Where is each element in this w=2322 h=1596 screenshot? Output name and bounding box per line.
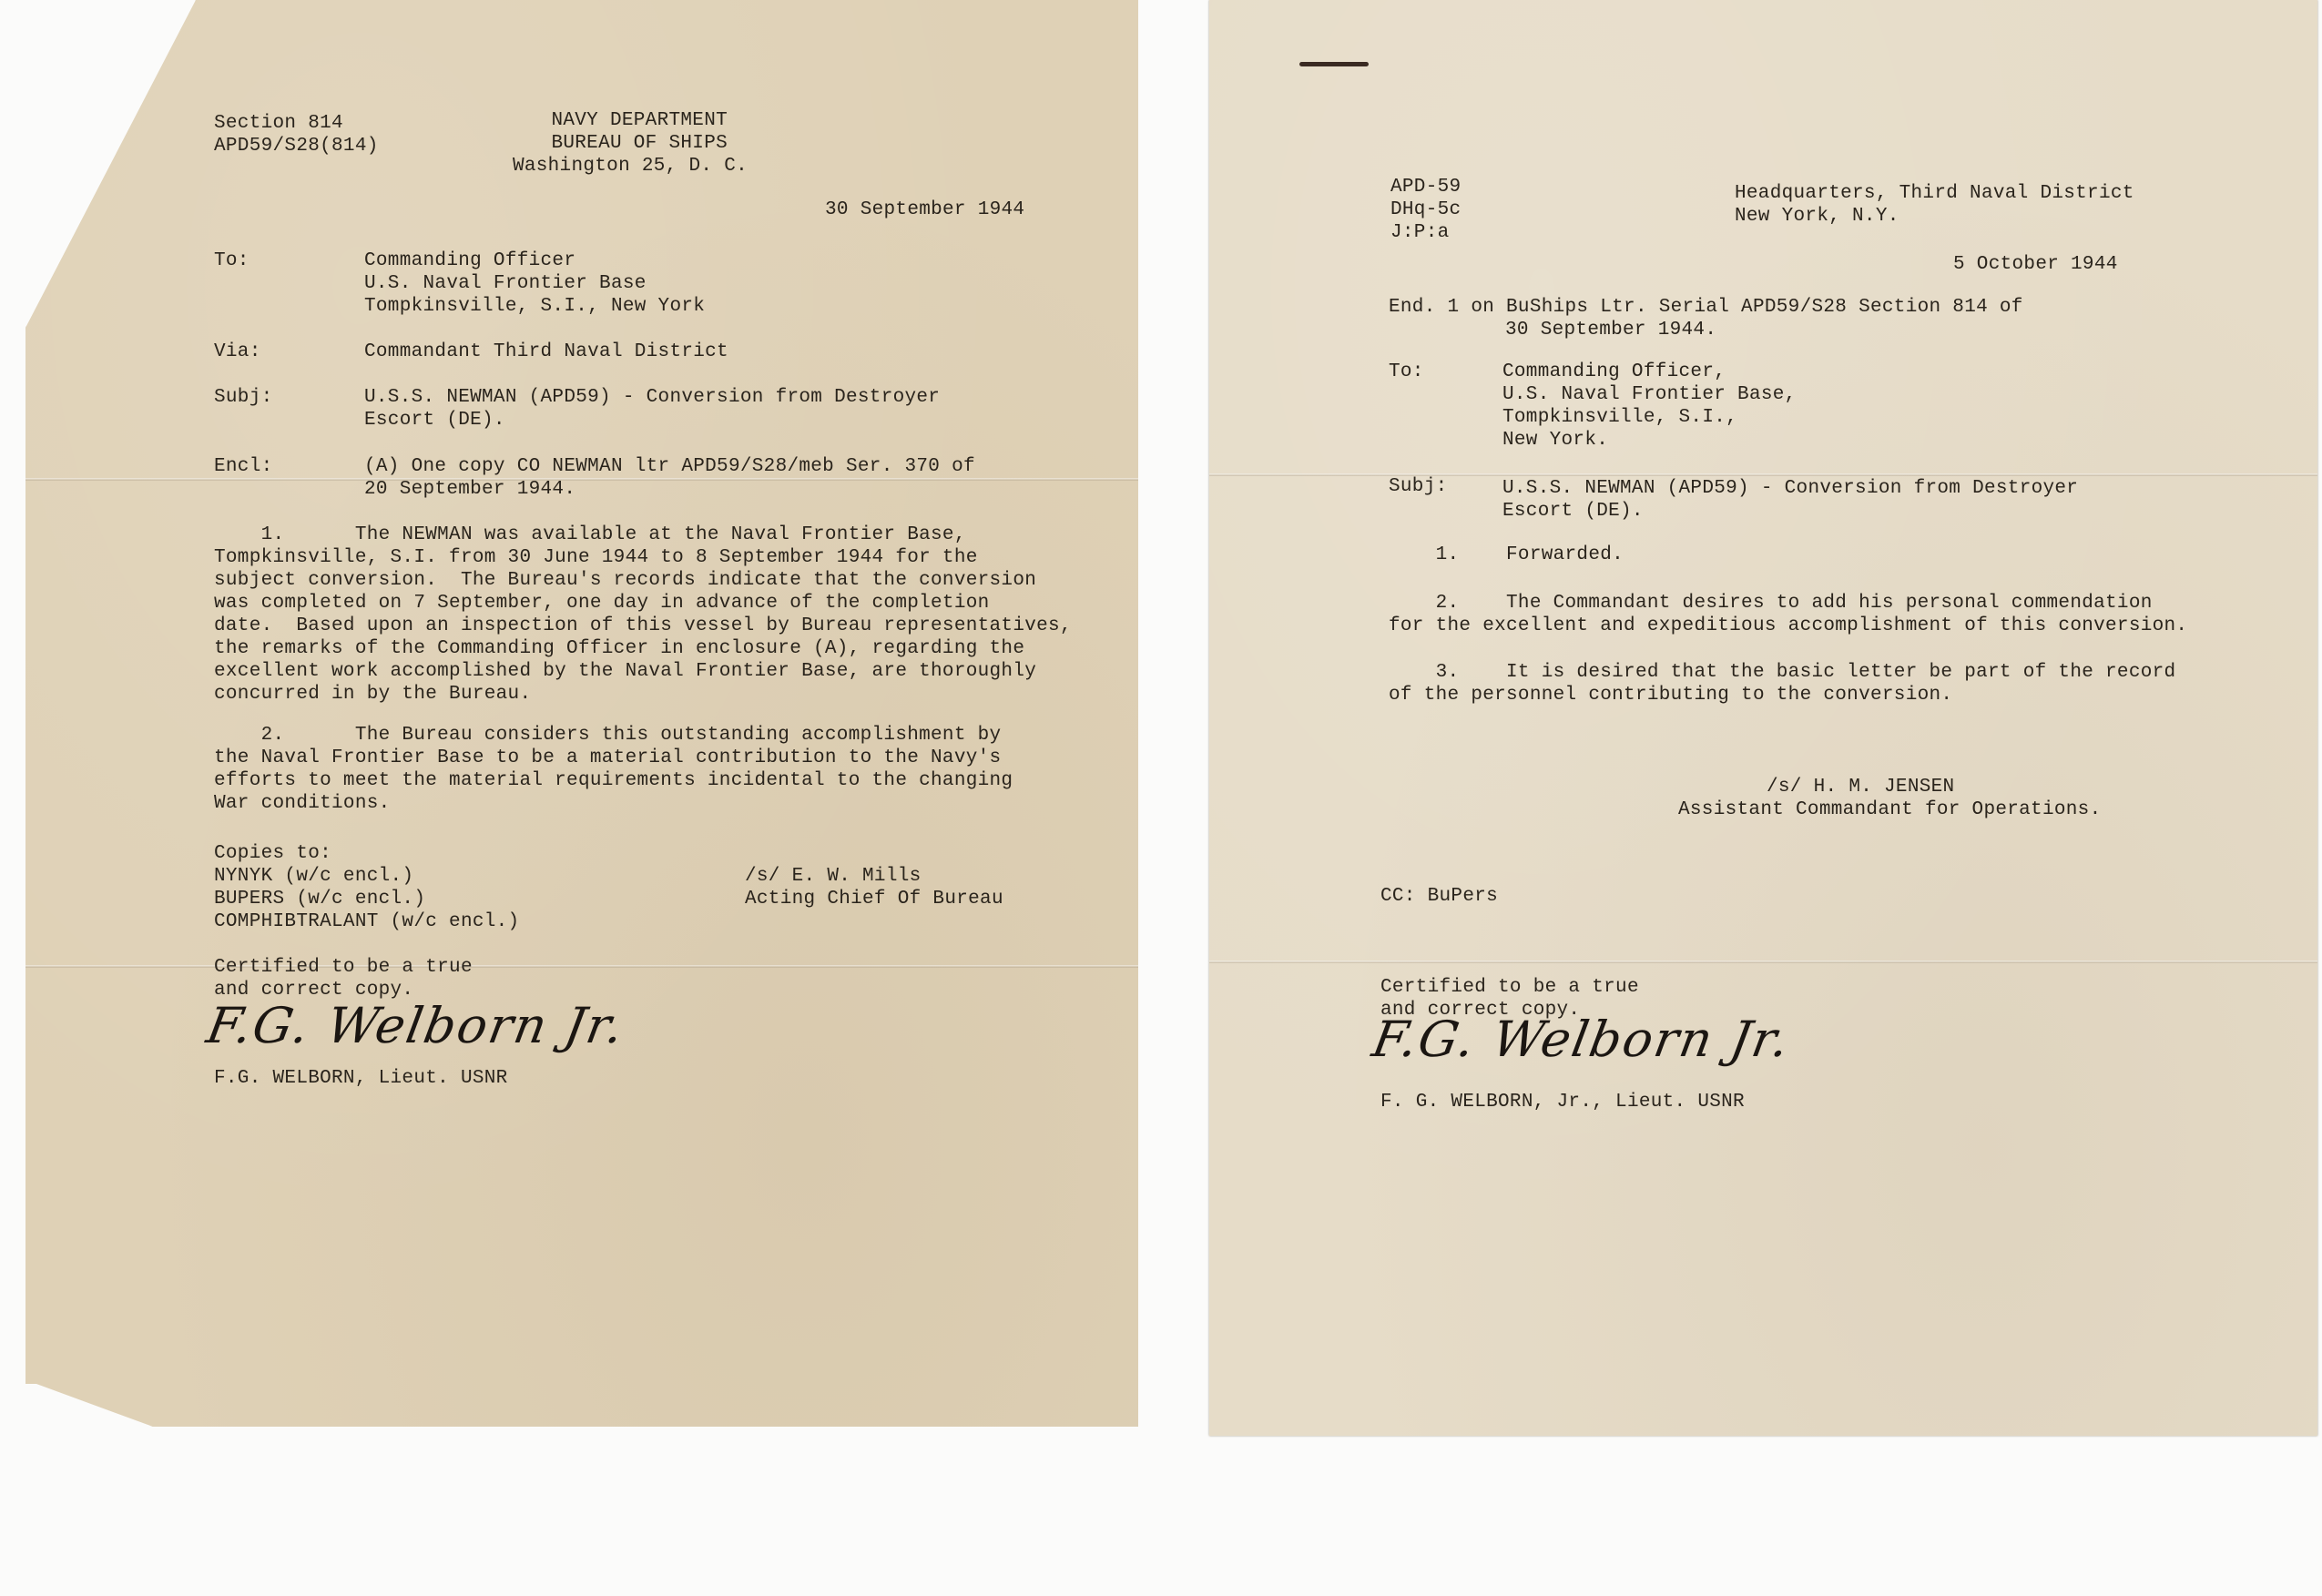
enclosure-line: 20 September 1944. (364, 478, 975, 501)
copies-line: COMPHIBTRALANT (w/c encl.) (214, 910, 519, 933)
via-label: Via: (214, 341, 261, 363)
paragraph-line: 1. The NEWMAN was available at the Naval… (214, 524, 1072, 546)
certification: Certified to be a true and correct copy. (214, 956, 473, 1001)
paragraph-line: of the personnel contributing to the con… (1389, 684, 2175, 707)
address-line: Tompkinsville, S.I., New York (364, 295, 705, 318)
via-value: Commandant Third Naval District (364, 341, 728, 363)
signer-title: Assistant Commandant for Operations. (1678, 798, 2101, 821)
signature-block: /s/ H. M. JENSEN Assistant Commandant fo… (1678, 776, 2101, 821)
letterhead-line: BUREAU OF SHIPS (485, 132, 759, 155)
letterhead: NAVY DEPARTMENT BUREAU OF SHIPS Washingt… (485, 109, 759, 178)
reference-line: APD59/S28(814) (214, 135, 379, 158)
subject-line: U.S.S. NEWMAN (APD59) - Conversion from … (364, 386, 940, 409)
reference-block: Section 814 APD59/S28(814) (214, 112, 379, 158)
subject: U.S.S. NEWMAN (APD59) - Conversion from … (364, 386, 940, 432)
reference-line: J:P:a (1390, 221, 1461, 244)
subject: U.S.S. NEWMAN (APD59) - Conversion from … (1502, 477, 2078, 523)
paragraph-3: 3. It is desired that the basic letter b… (1389, 661, 2175, 707)
address-line: U.S. Naval Frontier Base (364, 272, 705, 295)
address-line: Tompkinsville, S.I., (1502, 406, 1797, 429)
paragraph-1: 1. Forwarded. (1389, 544, 1624, 566)
paragraph-line: 1. Forwarded. (1389, 544, 1624, 566)
letterhead-line: Headquarters, Third Naval District (1735, 182, 2134, 205)
to-label: To: (1389, 361, 1424, 383)
certifier-name: F.G. WELBORN, Lieut. USNR (214, 1067, 508, 1090)
to-address: Commanding Officer U.S. Naval Frontier B… (364, 249, 705, 318)
paragraph-line: 3. It is desired that the basic letter b… (1389, 661, 2175, 684)
reference-line: DHq-5c (1390, 198, 1461, 221)
subject-line: Escort (DE). (364, 409, 940, 432)
letterhead: Headquarters, Third Naval District New Y… (1735, 182, 2134, 228)
to-label: To: (214, 249, 250, 272)
paragraph-line: date. Based upon an inspection of this v… (214, 615, 1072, 637)
copies-heading: Copies to: (214, 842, 519, 865)
paragraph-line: 2. The Bureau considers this outstanding… (214, 724, 1013, 747)
reference-line: Section 814 (214, 112, 379, 135)
fold-line (25, 965, 1138, 968)
signer-name: /s/ E. W. Mills (745, 865, 1003, 888)
paragraph-line: the remarks of the Commanding Officer in… (214, 637, 1072, 660)
copies-line: BUPERS (w/c encl.) (214, 888, 519, 910)
letterhead-line: NAVY DEPARTMENT (485, 109, 759, 132)
paragraph-line: excellent work accomplished by the Naval… (214, 660, 1072, 683)
address-line: U.S. Naval Frontier Base, (1502, 383, 1797, 406)
fold-line (1209, 961, 2317, 963)
signer-title: Acting Chief Of Bureau (745, 888, 1003, 910)
paragraph-line: the Naval Frontier Base to be a material… (214, 747, 1013, 769)
reference-line: APD-59 (1390, 176, 1461, 198)
enclosure-label: Encl: (214, 455, 273, 478)
subject-line: U.S.S. NEWMAN (APD59) - Conversion from … (1502, 477, 2078, 500)
paragraph-line: efforts to meet the material requirement… (214, 769, 1013, 792)
paragraph-line: subject conversion. The Bureau's records… (214, 569, 1072, 592)
copies-to: Copies to: NYNYK (w/c encl.) BUPERS (w/c… (214, 842, 519, 933)
address-line: New York. (1502, 429, 1797, 452)
enclosure-line: (A) One copy CO NEWMAN ltr APD59/S28/meb… (364, 455, 975, 478)
paragraph-line: Tompkinsville, S.I. from 30 June 1944 to… (214, 546, 1072, 569)
to-address: Commanding Officer, U.S. Naval Frontier … (1502, 361, 1797, 452)
paragraph-line: for the excellent and expeditious accomp… (1389, 615, 2187, 637)
subject-label: Subj: (214, 386, 273, 409)
subject-label: Subj: (1389, 475, 1448, 498)
letter-date: 5 October 1944 (1953, 253, 2118, 276)
paragraph-1: 1. The NEWMAN was available at the Naval… (214, 524, 1072, 706)
signer-name: /s/ H. M. JENSEN (1678, 776, 2101, 798)
handwritten-signature: F.G. Welborn Jr. (202, 997, 629, 1054)
subject-line: Escort (DE). (1502, 500, 2078, 523)
paragraph-line: 2. The Commandant desires to add his per… (1389, 592, 2187, 615)
paragraph-line: War conditions. (214, 792, 1013, 815)
letterhead-line: Washington 25, D. C. (485, 155, 759, 178)
reference-block: APD-59 DHq-5c J:P:a (1390, 176, 1461, 244)
paragraph-2: 2. The Bureau considers this outstanding… (214, 724, 1013, 815)
address-line: Commanding Officer (364, 249, 705, 272)
endorsement-text: End. 1 on BuShips Ltr. Serial APD59/S28 … (1389, 296, 2023, 319)
certifier-name: F. G. WELBORN, Jr., Lieut. USNR (1380, 1091, 1745, 1113)
paragraph-line: was completed on 7 September, one day in… (214, 592, 1072, 615)
handwritten-signature: F.G. Welborn Jr. (1368, 1011, 1795, 1068)
letter-page-bureau-of-ships: Section 814 APD59/S28(814) NAVY DEPARTME… (25, 0, 1138, 1427)
certification-line: Certified to be a true (1380, 976, 1639, 999)
fold-line (1209, 473, 2317, 476)
paragraph-2: 2. The Commandant desires to add his per… (1389, 592, 2187, 637)
staple-icon (1299, 62, 1369, 66)
endorsement-text: 30 September 1944. (1389, 319, 2023, 341)
enclosure: (A) One copy CO NEWMAN ltr APD59/S28/meb… (364, 455, 975, 501)
letter-page-third-naval-district: APD-59 DHq-5c J:P:a Headquarters, Third … (1209, 0, 2317, 1436)
endorsement-line: End. 1 on BuShips Ltr. Serial APD59/S28 … (1389, 296, 2023, 341)
carbon-copy: CC: BuPers (1380, 885, 1498, 908)
address-line: Commanding Officer, (1502, 361, 1797, 383)
letterhead-line: New York, N.Y. (1735, 205, 2134, 228)
letter-date: 30 September 1944 (825, 198, 1024, 221)
copies-line: NYNYK (w/c encl.) (214, 865, 519, 888)
certification-line: Certified to be a true (214, 956, 473, 979)
signature-block: /s/ E. W. Mills Acting Chief Of Bureau (745, 865, 1003, 910)
paragraph-line: concurred in by the Bureau. (214, 683, 1072, 706)
